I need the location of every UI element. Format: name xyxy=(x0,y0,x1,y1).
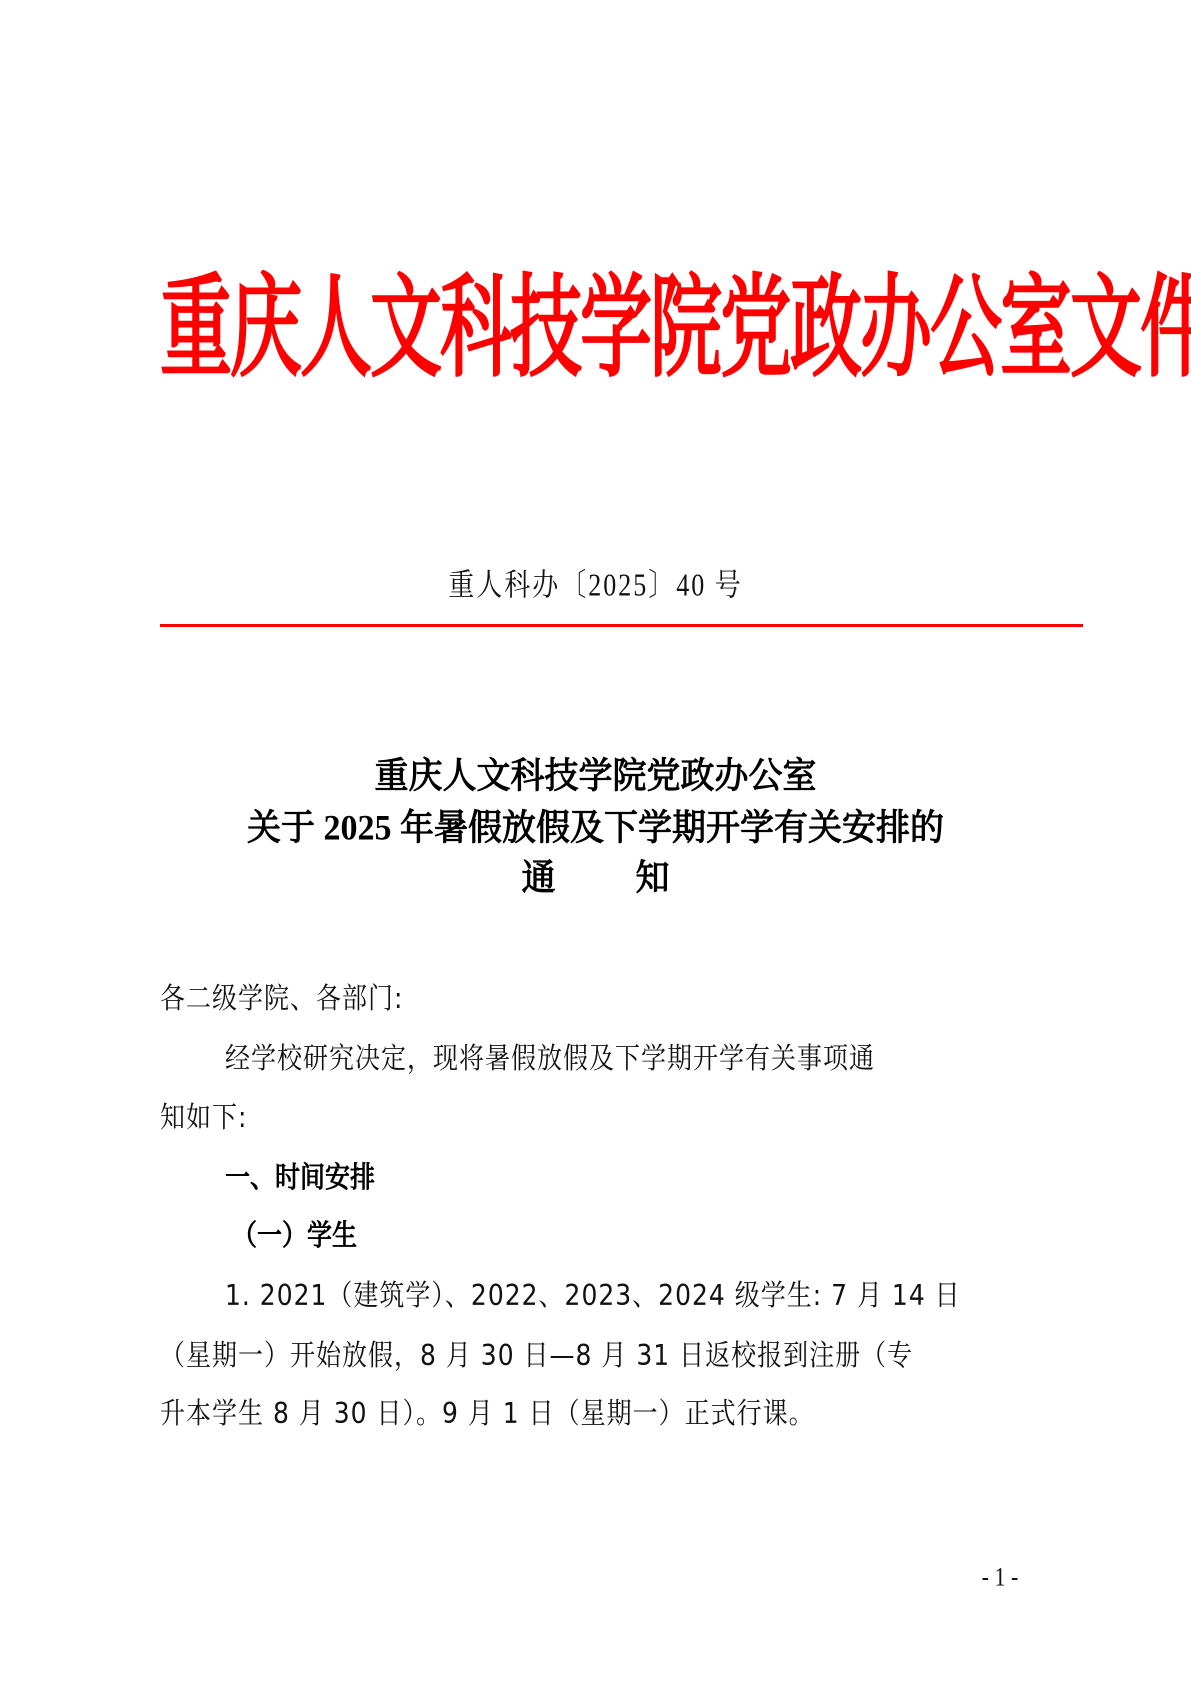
notice-title-char-2: 知 xyxy=(636,859,670,898)
notice-title-line-1: 重庆人文科技学院党政办公室 xyxy=(0,756,1191,798)
item-1-line-1: 1. 2021（建筑学）、2022、2023、2024 级学生: 7 月 14 … xyxy=(225,1278,961,1315)
document-number: 重人科办〔2025〕40 号 xyxy=(0,564,1191,607)
notice-title-line-2: 关于 2025 年暑假放假及下学期开学有关安排的 xyxy=(0,808,1191,850)
subsection-heading-students: （一）学生 xyxy=(232,1218,357,1255)
red-divider-rule xyxy=(160,624,1083,627)
item-1-line-2: （星期一）开始放假，8 月 30 日—8 月 31 日返校报到注册（专 xyxy=(160,1338,913,1375)
notice-title-char-1: 通 xyxy=(522,859,556,898)
salutation: 各二级学院、各部门: xyxy=(160,981,403,1018)
document-page: 重庆人文科技学院党政办公室文件 重人科办〔2025〕40 号 重庆人文科技学院党… xyxy=(0,0,1191,1684)
notice-title-line-3: 通知 xyxy=(0,858,1191,900)
intro-paragraph-line-1: 经学校研究决定，现将暑假放假及下学期开学有关事项通 xyxy=(225,1041,875,1078)
item-1-line-3: 升本学生 8 月 30 日）。9 月 1 日（星期一）正式行课。 xyxy=(160,1396,815,1433)
intro-paragraph-line-2: 知如下: xyxy=(160,1100,247,1137)
section-heading-time-arrangement: 一、时间安排 xyxy=(225,1160,375,1197)
red-header-title: 重庆人文科技学院党政办公室文件 xyxy=(160,226,1030,428)
page-number: - 1 - xyxy=(965,1559,1035,1595)
